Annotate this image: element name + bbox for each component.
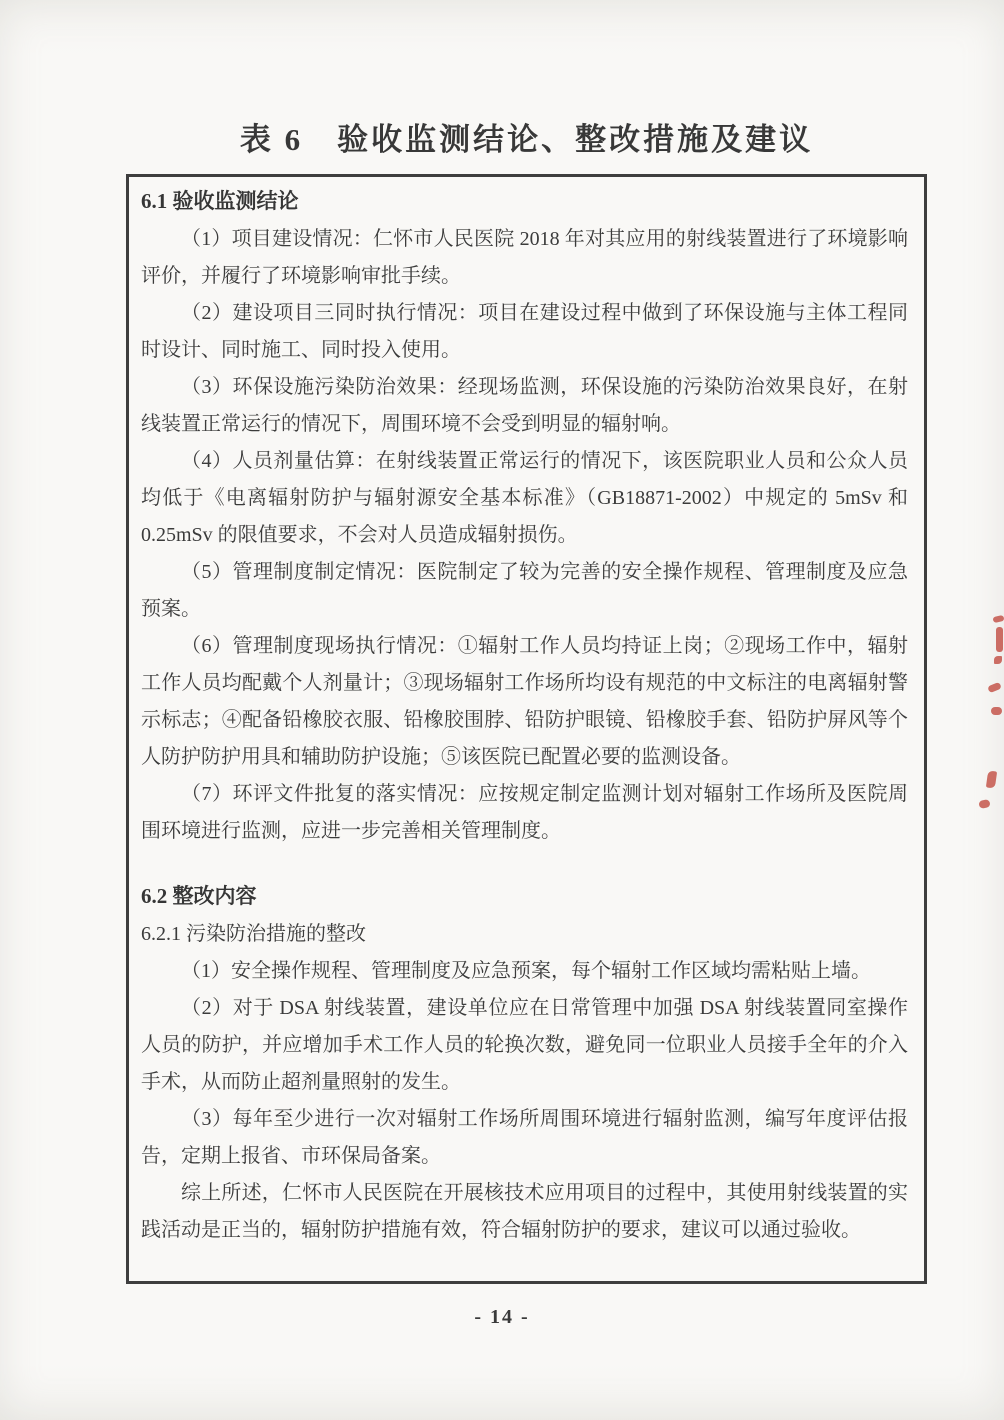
- paragraph-three-simultaneous: （2）建设项目三同时执行情况：项目在建设过程中做到了环保设施与主体工程同时设计、…: [141, 295, 908, 369]
- paragraph-dose-estimate: （4）人员剂量估算：在射线装置正常运行的情况下，该医院职业人员和公众人员均低于《…: [141, 443, 908, 554]
- red-seal-fragment: [992, 615, 1004, 623]
- red-seal-fragment: [987, 682, 1002, 693]
- paragraph-rectification-dsa: （2）对于 DSA 射线装置，建设单位应在日常管理中加强 DSA 射线装置同室操…: [141, 990, 908, 1101]
- page-number: - 14 -: [0, 1306, 1004, 1329]
- page-title: 表 6 验收监测结论、整改措施及建议: [126, 114, 927, 159]
- red-seal-fragment: [994, 656, 1002, 664]
- red-seal-fragment: [978, 799, 990, 809]
- paragraph-management-system: （5）管理制度制定情况：医院制定了较为完善的安全操作规程、管理制度及应急预案。: [141, 554, 908, 628]
- red-seal-fragment: [986, 770, 997, 788]
- content-table-box: 6.1 验收监测结论 （1）项目建设情况：仁怀市人民医院 2018 年对其应用的…: [126, 174, 927, 1284]
- paragraph-overall-conclusion: 综上所述，仁怀市人民医院在开展核技术应用项目的过程中，其使用射线装置的实践活动是…: [141, 1175, 908, 1249]
- scanned-document-page: 表 6 验收监测结论、整改措施及建议 6.1 验收监测结论 （1）项目建设情况：…: [0, 0, 1004, 1420]
- paragraph-eia-approval-implementation: （7）环评文件批复的落实情况：应按规定制定监测计划对辐射工作场所及医院周围环境进…: [141, 776, 908, 850]
- section-6-2-1-heading: 6.2.1 污染防治措施的整改: [141, 916, 908, 953]
- paragraph-pollution-control-effect: （3）环保设施污染防治效果：经现场监测，环保设施的污染防治效果良好，在射线装置正…: [141, 369, 908, 443]
- paragraph-project-construction: （1）项目建设情况：仁怀市人民医院 2018 年对其应用的射线装置进行了环境影响…: [141, 221, 908, 295]
- paragraph-rectification-posting: （1）安全操作规程、管理制度及应急预案，每个辐射工作区域均需粘贴上墙。: [141, 953, 908, 990]
- paragraph-onsite-execution: （6）管理制度现场执行情况：①辐射工作人员均持证上岗；②现场工作中，辐射工作人员…: [141, 628, 908, 776]
- section-6-2-heading: 6.2 整改内容: [141, 876, 908, 916]
- paragraph-rectification-annual-monitoring: （3）每年至少进行一次对辐射工作场所周围环境进行辐射监测，编写年度评估报告，定期…: [141, 1101, 908, 1175]
- section-6-1-heading: 6.1 验收监测结论: [141, 181, 908, 221]
- red-seal-fragment: [996, 627, 1003, 652]
- red-seal-fragment: [991, 707, 1002, 715]
